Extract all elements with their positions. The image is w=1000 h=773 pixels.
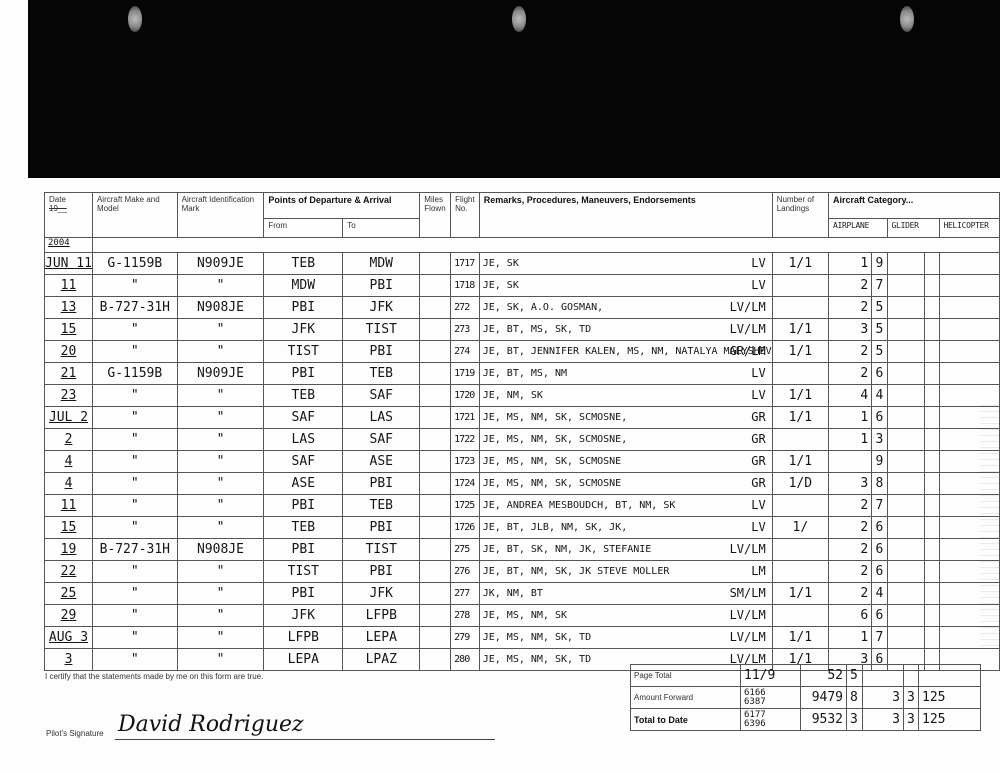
departure: PBI (264, 583, 343, 605)
totals-table: Page Total 11/9 52 5 Amount Forward 6166… (630, 664, 981, 731)
airplane-tenths: 4 (872, 583, 887, 605)
flight-number: 275 (451, 539, 480, 561)
departure: LEPA (264, 649, 343, 671)
aircraft-make-model: B-727-31H (92, 297, 177, 319)
landings (772, 605, 828, 627)
airplane-tenths: 6 (872, 517, 887, 539)
aircraft-make-model: " (92, 605, 177, 627)
airplane-hours: 2 (828, 539, 871, 561)
remarks: JE, MS, NM, SKLV/LM (479, 605, 772, 627)
log-date: AUG 3 (45, 627, 93, 649)
miles-flown (420, 605, 451, 627)
landings: 1/D (772, 473, 828, 495)
table-row: JUN 11G-1159BN909JETEBMDW1717JE, SKLV1/1… (45, 253, 1000, 275)
remarks-marker: LV (751, 366, 765, 380)
helicopter-time (939, 627, 1000, 649)
header-spacer (92, 238, 999, 253)
landings: 1/1 (772, 627, 828, 649)
remarks-marker: LV/LM (730, 322, 766, 336)
arrival: LEPA (343, 627, 420, 649)
table-row: 15""JFKTIST273JE, BT, MS, SK, TDLV/LM1/1… (45, 319, 1000, 341)
arrival: PBI (343, 517, 420, 539)
aircraft-make-model: " (92, 583, 177, 605)
signature-line (115, 739, 495, 740)
flight-number: 1724 (451, 473, 480, 495)
page-total-glider-hours (863, 665, 904, 687)
glider-tenths (925, 605, 939, 627)
table-row: 2""LASSAF1722JE, MS, NM, SK, SCMOSNE,GR1… (45, 429, 1000, 451)
remarks: JE, MS, NM, SK, SCMOSNE,GR (479, 407, 772, 429)
log-date: 2 (45, 429, 93, 451)
helicopter-header: HELICOPTER (939, 219, 1000, 238)
airplane-hours: 2 (828, 297, 871, 319)
page-total-airplane-tenths: 5 (847, 665, 863, 687)
remarks-marker: GR/LM (730, 344, 766, 358)
airplane-hours: 3 (828, 473, 871, 495)
landings (772, 429, 828, 451)
aircraft-make-model: " (92, 407, 177, 429)
arrival: PBI (343, 473, 420, 495)
arrival: PBI (343, 561, 420, 583)
airplane-hours: 2 (828, 341, 871, 363)
flight-number: 1722 (451, 429, 480, 451)
remarks-marker: LV (751, 498, 765, 512)
glider-tenths (925, 385, 939, 407)
arrival: LFPB (343, 605, 420, 627)
helicopter-time (939, 451, 1000, 473)
remarks: JE, MS, NM, SK, SCMOSNE,GR (479, 429, 772, 451)
arrival: SAF (343, 429, 420, 451)
log-date: 20 (45, 341, 93, 363)
flight-number: 1719 (451, 363, 480, 385)
glider-tenths (925, 275, 939, 297)
glider-hours (887, 385, 925, 407)
helicopter-time (939, 407, 1000, 429)
helicopter-time (939, 539, 1000, 561)
landings (772, 561, 828, 583)
miles-flown (420, 517, 451, 539)
remarks-header: Remarks, Procedures, Maneuvers, Endorsem… (479, 193, 772, 238)
signature-label: Pilot's Signature (46, 729, 104, 738)
amount-forward-glider-tenths: 3 (904, 687, 919, 709)
year: 2004 (45, 238, 93, 253)
landings (772, 363, 828, 385)
aircraft-ident: " (177, 517, 264, 539)
airplane-hours: 4 (828, 385, 871, 407)
glider-hours (887, 407, 925, 429)
flight-number: 278 (451, 605, 480, 627)
glider-tenths (925, 363, 939, 385)
aircraft-ident: N909JE (177, 363, 264, 385)
miles-flown (420, 297, 451, 319)
aircraft-ident: " (177, 605, 264, 627)
remarks: JE, MS, NM, SK, SCMOSNEGR (479, 451, 772, 473)
airplane-tenths: 7 (872, 275, 887, 297)
aircraft-make-model: " (92, 451, 177, 473)
punch-hole-center (512, 6, 526, 32)
glider-tenths (925, 451, 939, 473)
table-row: 15""TEBPBI1726JE, BT, JLB, NM, SK, JK,LV… (45, 517, 1000, 539)
aircraft-make-model: " (92, 385, 177, 407)
log-date: 4 (45, 473, 93, 495)
miles-flown (420, 385, 451, 407)
flight-number: 272 (451, 297, 480, 319)
log-date: 3 (45, 649, 93, 671)
remarks: JE, BT, SK, NM, JK, STEFANIELV/LM (479, 539, 772, 561)
glider-tenths (925, 253, 939, 275)
glider-tenths (925, 319, 939, 341)
departure: TEB (264, 253, 343, 275)
airplane-hours: 6 (828, 605, 871, 627)
helicopter-time (939, 275, 1000, 297)
landings (772, 539, 828, 561)
landings: 1/1 (772, 407, 828, 429)
total-to-date-airplane-tenths: 3 (847, 709, 863, 731)
flight-number: 1725 (451, 495, 480, 517)
remarks-marker: LV (751, 520, 765, 534)
log-date: 15 (45, 517, 93, 539)
total-to-date-landings: 61776396 (741, 709, 801, 731)
landings (772, 275, 828, 297)
glider-header: GLIDER (887, 219, 939, 238)
log-date: 11 (45, 495, 93, 517)
departure: PBI (264, 297, 343, 319)
helicopter-time (939, 495, 1000, 517)
page-total-helicopter (919, 665, 981, 687)
landings (772, 297, 828, 319)
arrival: TEB (343, 495, 420, 517)
amount-forward-label: Amount Forward (631, 687, 741, 709)
helicopter-time (939, 583, 1000, 605)
aircraft-make-model: " (92, 627, 177, 649)
airplane-hours: 1 (828, 429, 871, 451)
departure: ASE (264, 473, 343, 495)
aircraft-ident: " (177, 561, 264, 583)
aircraft-ident: N909JE (177, 253, 264, 275)
remarks: JE, ANDREA MESBOUDCH, BT, NM, SKLV (479, 495, 772, 517)
log-date: JUN 11 (45, 253, 93, 275)
remarks-marker: LV/LM (730, 542, 766, 556)
departure: LFPB (264, 627, 343, 649)
table-row: JUL 2""SAFLAS1721JE, MS, NM, SK, SCMOSNE… (45, 407, 1000, 429)
aircraft-ident: N908JE (177, 539, 264, 561)
log-date: 25 (45, 583, 93, 605)
log-date: 19 (45, 539, 93, 561)
to-header: To (343, 219, 420, 238)
airplane-hours: 2 (828, 495, 871, 517)
log-date: 29 (45, 605, 93, 627)
arrival: TEB (343, 363, 420, 385)
miles-flown (420, 539, 451, 561)
flight-number: 1723 (451, 451, 480, 473)
helicopter-time (939, 517, 1000, 539)
airplane-tenths: 5 (872, 319, 887, 341)
departure: JFK (264, 605, 343, 627)
miles-flown (420, 495, 451, 517)
aircraft-ident: " (177, 275, 264, 297)
remarks: JE, SK, A.O. GOSMAN,LV/LM (479, 297, 772, 319)
flight-number: 1721 (451, 407, 480, 429)
arrival: ASE (343, 451, 420, 473)
airplane-hours: 3 (828, 319, 871, 341)
departure: TEB (264, 517, 343, 539)
departure: TEB (264, 385, 343, 407)
glider-hours (887, 583, 925, 605)
landings: 1/1 (772, 253, 828, 275)
table-row: AUG 3""LFPBLEPA279JE, MS, NM, SK, TDLV/L… (45, 627, 1000, 649)
aircraft-make-model: " (92, 561, 177, 583)
airplane-tenths: 6 (872, 605, 887, 627)
remarks-marker: LV (751, 256, 765, 270)
flight-number: 1717 (451, 253, 480, 275)
log-date: 4 (45, 451, 93, 473)
glider-tenths (925, 627, 939, 649)
airplane-tenths: 6 (872, 539, 887, 561)
glider-hours (887, 429, 925, 451)
departure: MDW (264, 275, 343, 297)
aircraft-make-model: B-727-31H (92, 539, 177, 561)
airplane-hours: 2 (828, 275, 871, 297)
aircraft-make-model: " (92, 429, 177, 451)
aircraft-ident: " (177, 495, 264, 517)
departure: SAF (264, 407, 343, 429)
landings: 1/1 (772, 319, 828, 341)
table-row: 11""PBITEB1725JE, ANDREA MESBOUDCH, BT, … (45, 495, 1000, 517)
glider-hours (887, 363, 925, 385)
glider-hours (887, 253, 925, 275)
table-row: 20""TISTPBI274JE, BT, JENNIFER KALEN, MS… (45, 341, 1000, 363)
remarks: JE, BT, JENNIFER KALEN, MS, NM, NATALYA … (479, 341, 772, 363)
airplane-tenths: 6 (872, 363, 887, 385)
total-to-date-glider-tenths: 3 (904, 709, 919, 731)
airplane-tenths: 5 (872, 341, 887, 363)
page-total-glider-tenths (904, 665, 919, 687)
remarks-marker: SM/LM (730, 586, 766, 600)
table-row: 21G-1159BN909JEPBITEB1719JE, BT, MS, NML… (45, 363, 1000, 385)
log-date: 22 (45, 561, 93, 583)
miles-flown (420, 319, 451, 341)
helicopter-time (939, 605, 1000, 627)
miles-header: Miles Flown (420, 193, 451, 238)
total-to-date-row: Total to Date 61776396 9532 3 3 3 125 (631, 709, 981, 731)
glider-tenths (925, 341, 939, 363)
log-date: 23 (45, 385, 93, 407)
glider-tenths (925, 495, 939, 517)
aircraft-ident: " (177, 429, 264, 451)
airplane-hours: 1 (828, 253, 871, 275)
amount-forward-glider-hours: 3 (863, 687, 904, 709)
remarks: JE, BT, MS, SK, TDLV/LM (479, 319, 772, 341)
glider-tenths (925, 473, 939, 495)
from-header: From (264, 219, 343, 238)
departure: PBI (264, 363, 343, 385)
pilot-signature: David Rodriguez (118, 712, 304, 737)
departure: TIST (264, 561, 343, 583)
punch-hole-left (128, 6, 142, 32)
landings: 1/ (772, 517, 828, 539)
airplane-tenths: 7 (872, 495, 887, 517)
arrival: PBI (343, 275, 420, 297)
remarks-marker: GR (751, 476, 765, 490)
aircraft-ident: " (177, 583, 264, 605)
glider-hours (887, 495, 925, 517)
airplane-hours: 1 (828, 627, 871, 649)
airplane-hours: 2 (828, 517, 871, 539)
landings (772, 495, 828, 517)
arrival: TIST (343, 319, 420, 341)
glider-hours (887, 319, 925, 341)
glider-tenths (925, 561, 939, 583)
departure: JFK (264, 319, 343, 341)
helicopter-time (939, 363, 1000, 385)
remarks: JE, SKLV (479, 253, 772, 275)
arrival: MDW (343, 253, 420, 275)
page-total-airplane-hours: 52 (801, 665, 847, 687)
flight-number: 1720 (451, 385, 480, 407)
landings: 1/1 (772, 385, 828, 407)
aircraft-ident: " (177, 451, 264, 473)
total-to-date-airplane-hours: 9532 (801, 709, 847, 731)
remarks-marker: LV/LM (730, 300, 766, 314)
log-date: 15 (45, 319, 93, 341)
aircraft-ident: " (177, 649, 264, 671)
glider-tenths (925, 297, 939, 319)
amount-forward-landings: 61666387 (741, 687, 801, 709)
amount-forward-airplane-hours: 9479 (801, 687, 847, 709)
page-total-landings: 11/9 (741, 665, 801, 687)
flight-number: 277 (451, 583, 480, 605)
table-row: 19B-727-31HN908JEPBITIST275JE, BT, SK, N… (45, 539, 1000, 561)
landings: 1/1 (772, 451, 828, 473)
table-row: 13B-727-31HN908JEPBIJFK272JE, SK, A.O. G… (45, 297, 1000, 319)
arrival: LAS (343, 407, 420, 429)
remarks-marker: LV (751, 388, 765, 402)
table-row: 29""JFKLFPB278JE, MS, NM, SKLV/LM66 (45, 605, 1000, 627)
aircraft-ident: " (177, 627, 264, 649)
airplane-tenths: 9 (872, 451, 887, 473)
landings: 1/1 (772, 341, 828, 363)
make-model-header: Aircraft Make and Model (92, 193, 177, 238)
aircraft-make-model: " (92, 517, 177, 539)
departure: PBI (264, 539, 343, 561)
aircraft-ident: " (177, 341, 264, 363)
category-header: Aircraft Category... (828, 193, 999, 219)
departure: PBI (264, 495, 343, 517)
aircraft-ident: " (177, 385, 264, 407)
remarks: JE, SKLV (479, 275, 772, 297)
helicopter-time (939, 561, 1000, 583)
airplane-tenths: 4 (872, 385, 887, 407)
airplane-hours (828, 451, 871, 473)
aircraft-make-model: " (92, 319, 177, 341)
miles-flown (420, 429, 451, 451)
aircraft-make-model: G-1159B (92, 253, 177, 275)
remarks: JE, MS, NM, SK, TDLV/LM (479, 627, 772, 649)
remarks-marker: GR (751, 432, 765, 446)
landings: 1/1 (772, 583, 828, 605)
departure: LAS (264, 429, 343, 451)
aircraft-ident: " (177, 407, 264, 429)
glider-hours (887, 561, 925, 583)
helicopter-time (939, 341, 1000, 363)
miles-flown (420, 407, 451, 429)
glider-hours (887, 473, 925, 495)
remarks: JE, MS, NM, SK, SCMOSNEGR (479, 473, 772, 495)
glider-hours (887, 539, 925, 561)
miles-flown (420, 341, 451, 363)
glider-tenths (925, 517, 939, 539)
aircraft-make-model: " (92, 495, 177, 517)
miles-flown (420, 275, 451, 297)
aircraft-make-model: " (92, 275, 177, 297)
remarks-marker: LV (751, 278, 765, 292)
helicopter-time (939, 319, 1000, 341)
ident-header: Aircraft Identification Mark (177, 193, 264, 238)
arrival: JFK (343, 297, 420, 319)
glider-hours (887, 451, 925, 473)
total-to-date-label: Total to Date (631, 709, 741, 731)
total-to-date-helicopter: 125 (919, 709, 981, 731)
table-row: 4""ASEPBI1724JE, MS, NM, SK, SCMOSNEGR1/… (45, 473, 1000, 495)
punch-hole-right (900, 6, 914, 32)
miles-flown (420, 253, 451, 275)
aircraft-ident: N908JE (177, 297, 264, 319)
flight-number: 279 (451, 627, 480, 649)
airplane-hours: 2 (828, 363, 871, 385)
glider-tenths (925, 407, 939, 429)
aircraft-ident: " (177, 473, 264, 495)
flight-number: 280 (451, 649, 480, 671)
glider-hours (887, 275, 925, 297)
airplane-tenths: 7 (872, 627, 887, 649)
arrival: LPAZ (343, 649, 420, 671)
amount-forward-helicopter: 125 (919, 687, 981, 709)
table-row: 25""PBIJFK277JK, NM, BTSM/LM1/124 (45, 583, 1000, 605)
glider-tenths (925, 429, 939, 451)
date-header: Date19__ (45, 193, 93, 238)
log-date: 21 (45, 363, 93, 385)
aircraft-make-model: " (92, 649, 177, 671)
helicopter-time (939, 429, 1000, 451)
aircraft-make-model: " (92, 341, 177, 363)
glider-tenths (925, 539, 939, 561)
table-row: 11""MDWPBI1718JE, SKLV27 (45, 275, 1000, 297)
total-to-date-glider-hours: 3 (863, 709, 904, 731)
page-total-row: Page Total 11/9 52 5 (631, 665, 981, 687)
remarks: JE, BT, JLB, NM, SK, JK,LV (479, 517, 772, 539)
arrival: PBI (343, 341, 420, 363)
glider-hours (887, 605, 925, 627)
miles-flown (420, 583, 451, 605)
log-date: 11 (45, 275, 93, 297)
points-header: Points of Departure & Arrival (264, 193, 420, 219)
airplane-tenths: 3 (872, 429, 887, 451)
flight-number: 1718 (451, 275, 480, 297)
arrival: JFK (343, 583, 420, 605)
aircraft-ident: " (177, 319, 264, 341)
flight-number: 1726 (451, 517, 480, 539)
remarks: JE, NM, SKLV (479, 385, 772, 407)
glider-hours (887, 517, 925, 539)
certification-statement: I certify that the statements made by me… (45, 672, 263, 681)
miles-flown (420, 473, 451, 495)
departure: TIST (264, 341, 343, 363)
airplane-tenths: 5 (872, 297, 887, 319)
log-date: JUL 2 (45, 407, 93, 429)
amount-forward-row: Amount Forward 61666387 9479 8 3 3 125 (631, 687, 981, 709)
table-row: 23""TEBSAF1720JE, NM, SKLV1/144 (45, 385, 1000, 407)
glider-tenths (925, 583, 939, 605)
